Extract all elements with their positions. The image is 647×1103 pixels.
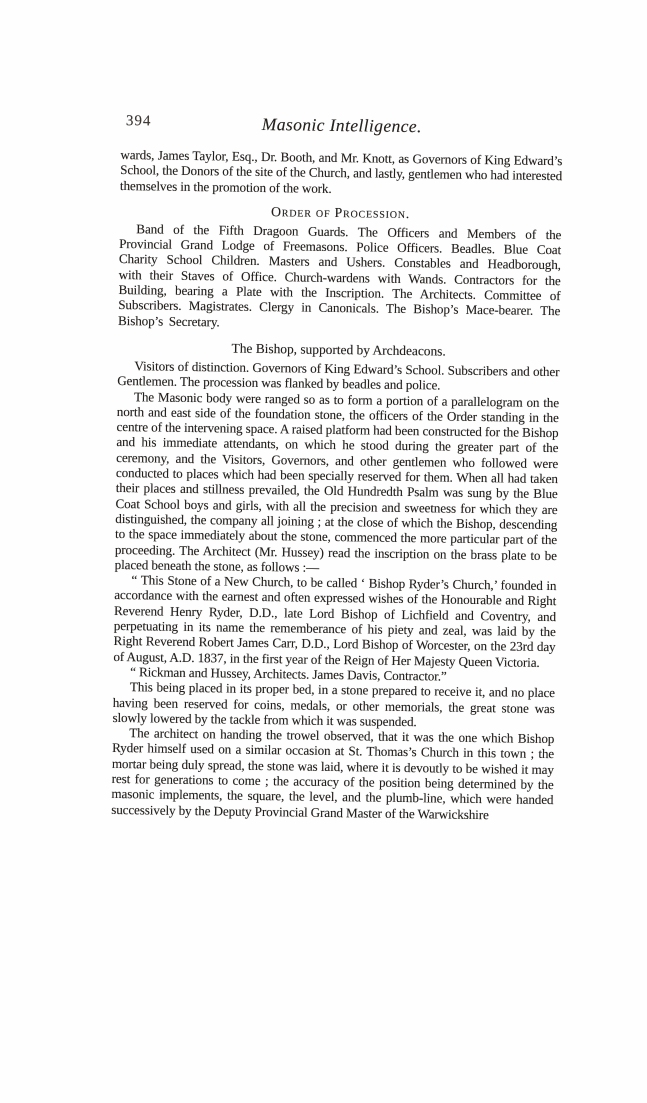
paragraph-trowel: The architect on handing the trowel obse…: [111, 725, 554, 823]
page-header: 394 Masonic Intelligence.: [121, 112, 563, 140]
paragraph-procession-list: Band of the Fifth Dragoon Guards. The Of…: [118, 221, 561, 334]
page-number: 394: [126, 113, 152, 130]
paragraph-masonic-body: The Masonic body were ranged so as to fo…: [115, 389, 560, 579]
paragraph-stone-lowered: This being placed in its proper bed, in …: [112, 679, 555, 731]
paragraph-inscription-quote: “ This Stone of a New Church, to be call…: [113, 572, 556, 670]
section-heading-order-of-procession: Order of Procession.: [120, 202, 562, 224]
document-body: wards, James Taylor, Esq., Dr. Booth, an…: [111, 147, 562, 823]
running-title: Masonic Intelligence.: [121, 112, 563, 139]
subheading-bishop: The Bishop, supported by Archdeacons.: [118, 339, 560, 361]
scanned-book-page: 394 Masonic Intelligence. wards, James T…: [0, 0, 647, 1103]
page-content: 394 Masonic Intelligence. wards, James T…: [111, 112, 563, 823]
paragraph-continuation: wards, James Taylor, Esq., Dr. Booth, an…: [120, 147, 563, 199]
